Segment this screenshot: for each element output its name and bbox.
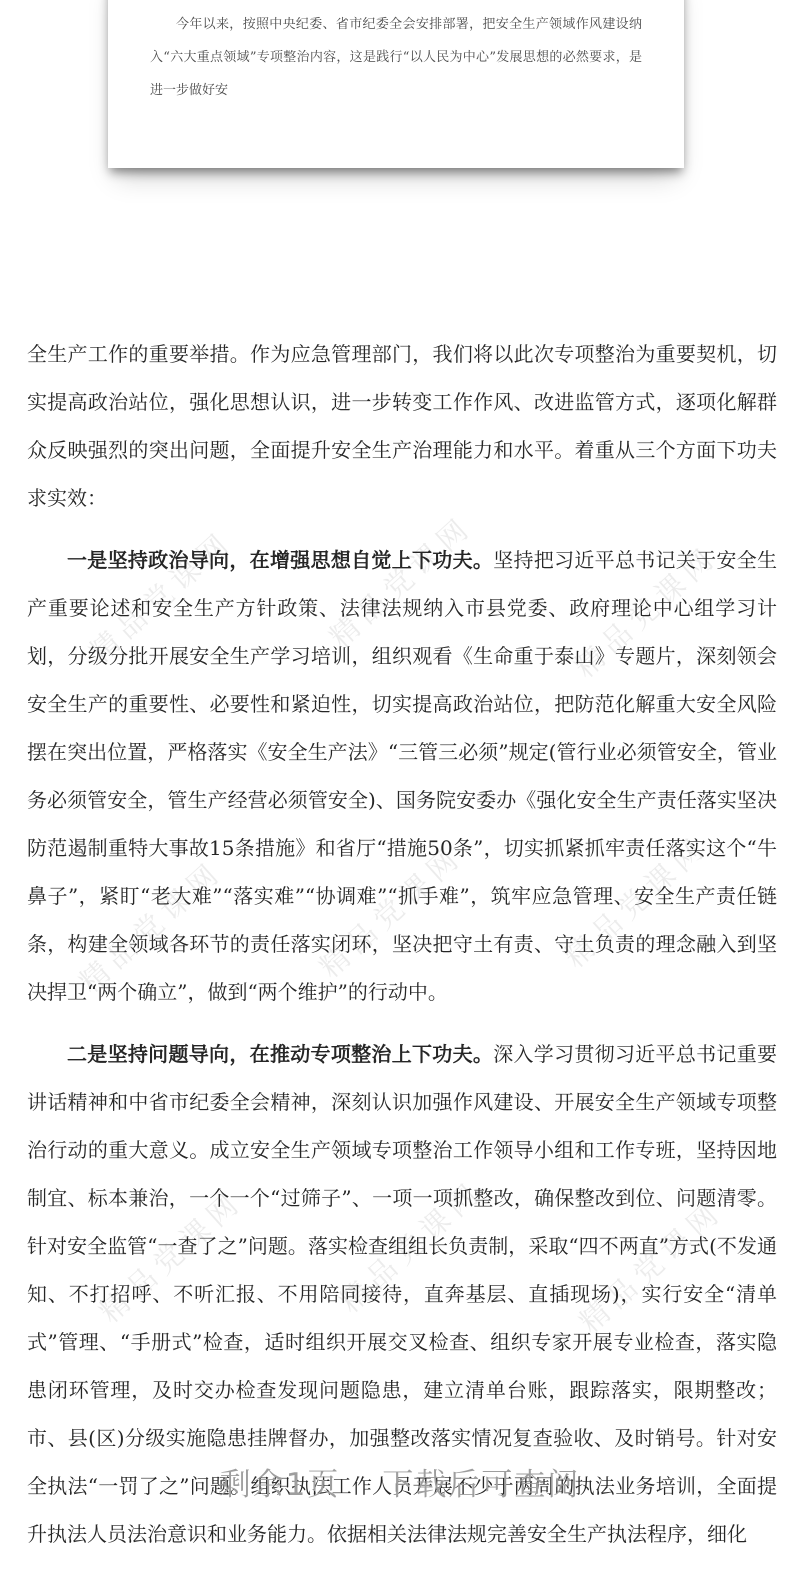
paragraph-text: 坚持把习近平总书记关于安全生产重要论述和安全生产方针政策、法律法规纳入市县党委、… <box>27 548 777 1004</box>
page-preview-text: 今年以来，按照中央纪委、省市纪委全会安排部署，把安全生产领域作风建设纳入“六大重… <box>150 8 642 107</box>
document-body: 全生产工作的重要举措。作为应急管理部门，我们将以此次专项整治为重要契机，切实提高… <box>27 330 777 1571</box>
download-hint-label: 下载后可查阅 <box>382 1467 580 1503</box>
paragraph-text: 全生产工作的重要举措。作为应急管理部门，我们将以此次专项整治为重要契机，切实提高… <box>27 342 777 510</box>
paragraph-lead: 二是坚持问题导向，在推动专项整治上下功夫。 <box>67 1042 493 1066</box>
footer-note: 剩余1页下载后可查阅 <box>0 1463 800 1507</box>
paragraph-continuation: 全生产工作的重要举措。作为应急管理部门，我们将以此次专项整治为重要契机，切实提高… <box>27 330 777 522</box>
paragraph-point-one: 一是坚持政治导向，在增强思想自觉上下功夫。坚持把习近平总书记关于安全生产重要论述… <box>27 536 777 1016</box>
paragraph-lead: 一是坚持政治导向，在增强思想自觉上下功夫。 <box>67 548 493 572</box>
remaining-pages-label: 剩余1页 <box>220 1467 341 1503</box>
page-preview-card: 今年以来，按照中央纪委、省市纪委全会安排部署，把安全生产领域作风建设纳入“六大重… <box>108 0 684 168</box>
